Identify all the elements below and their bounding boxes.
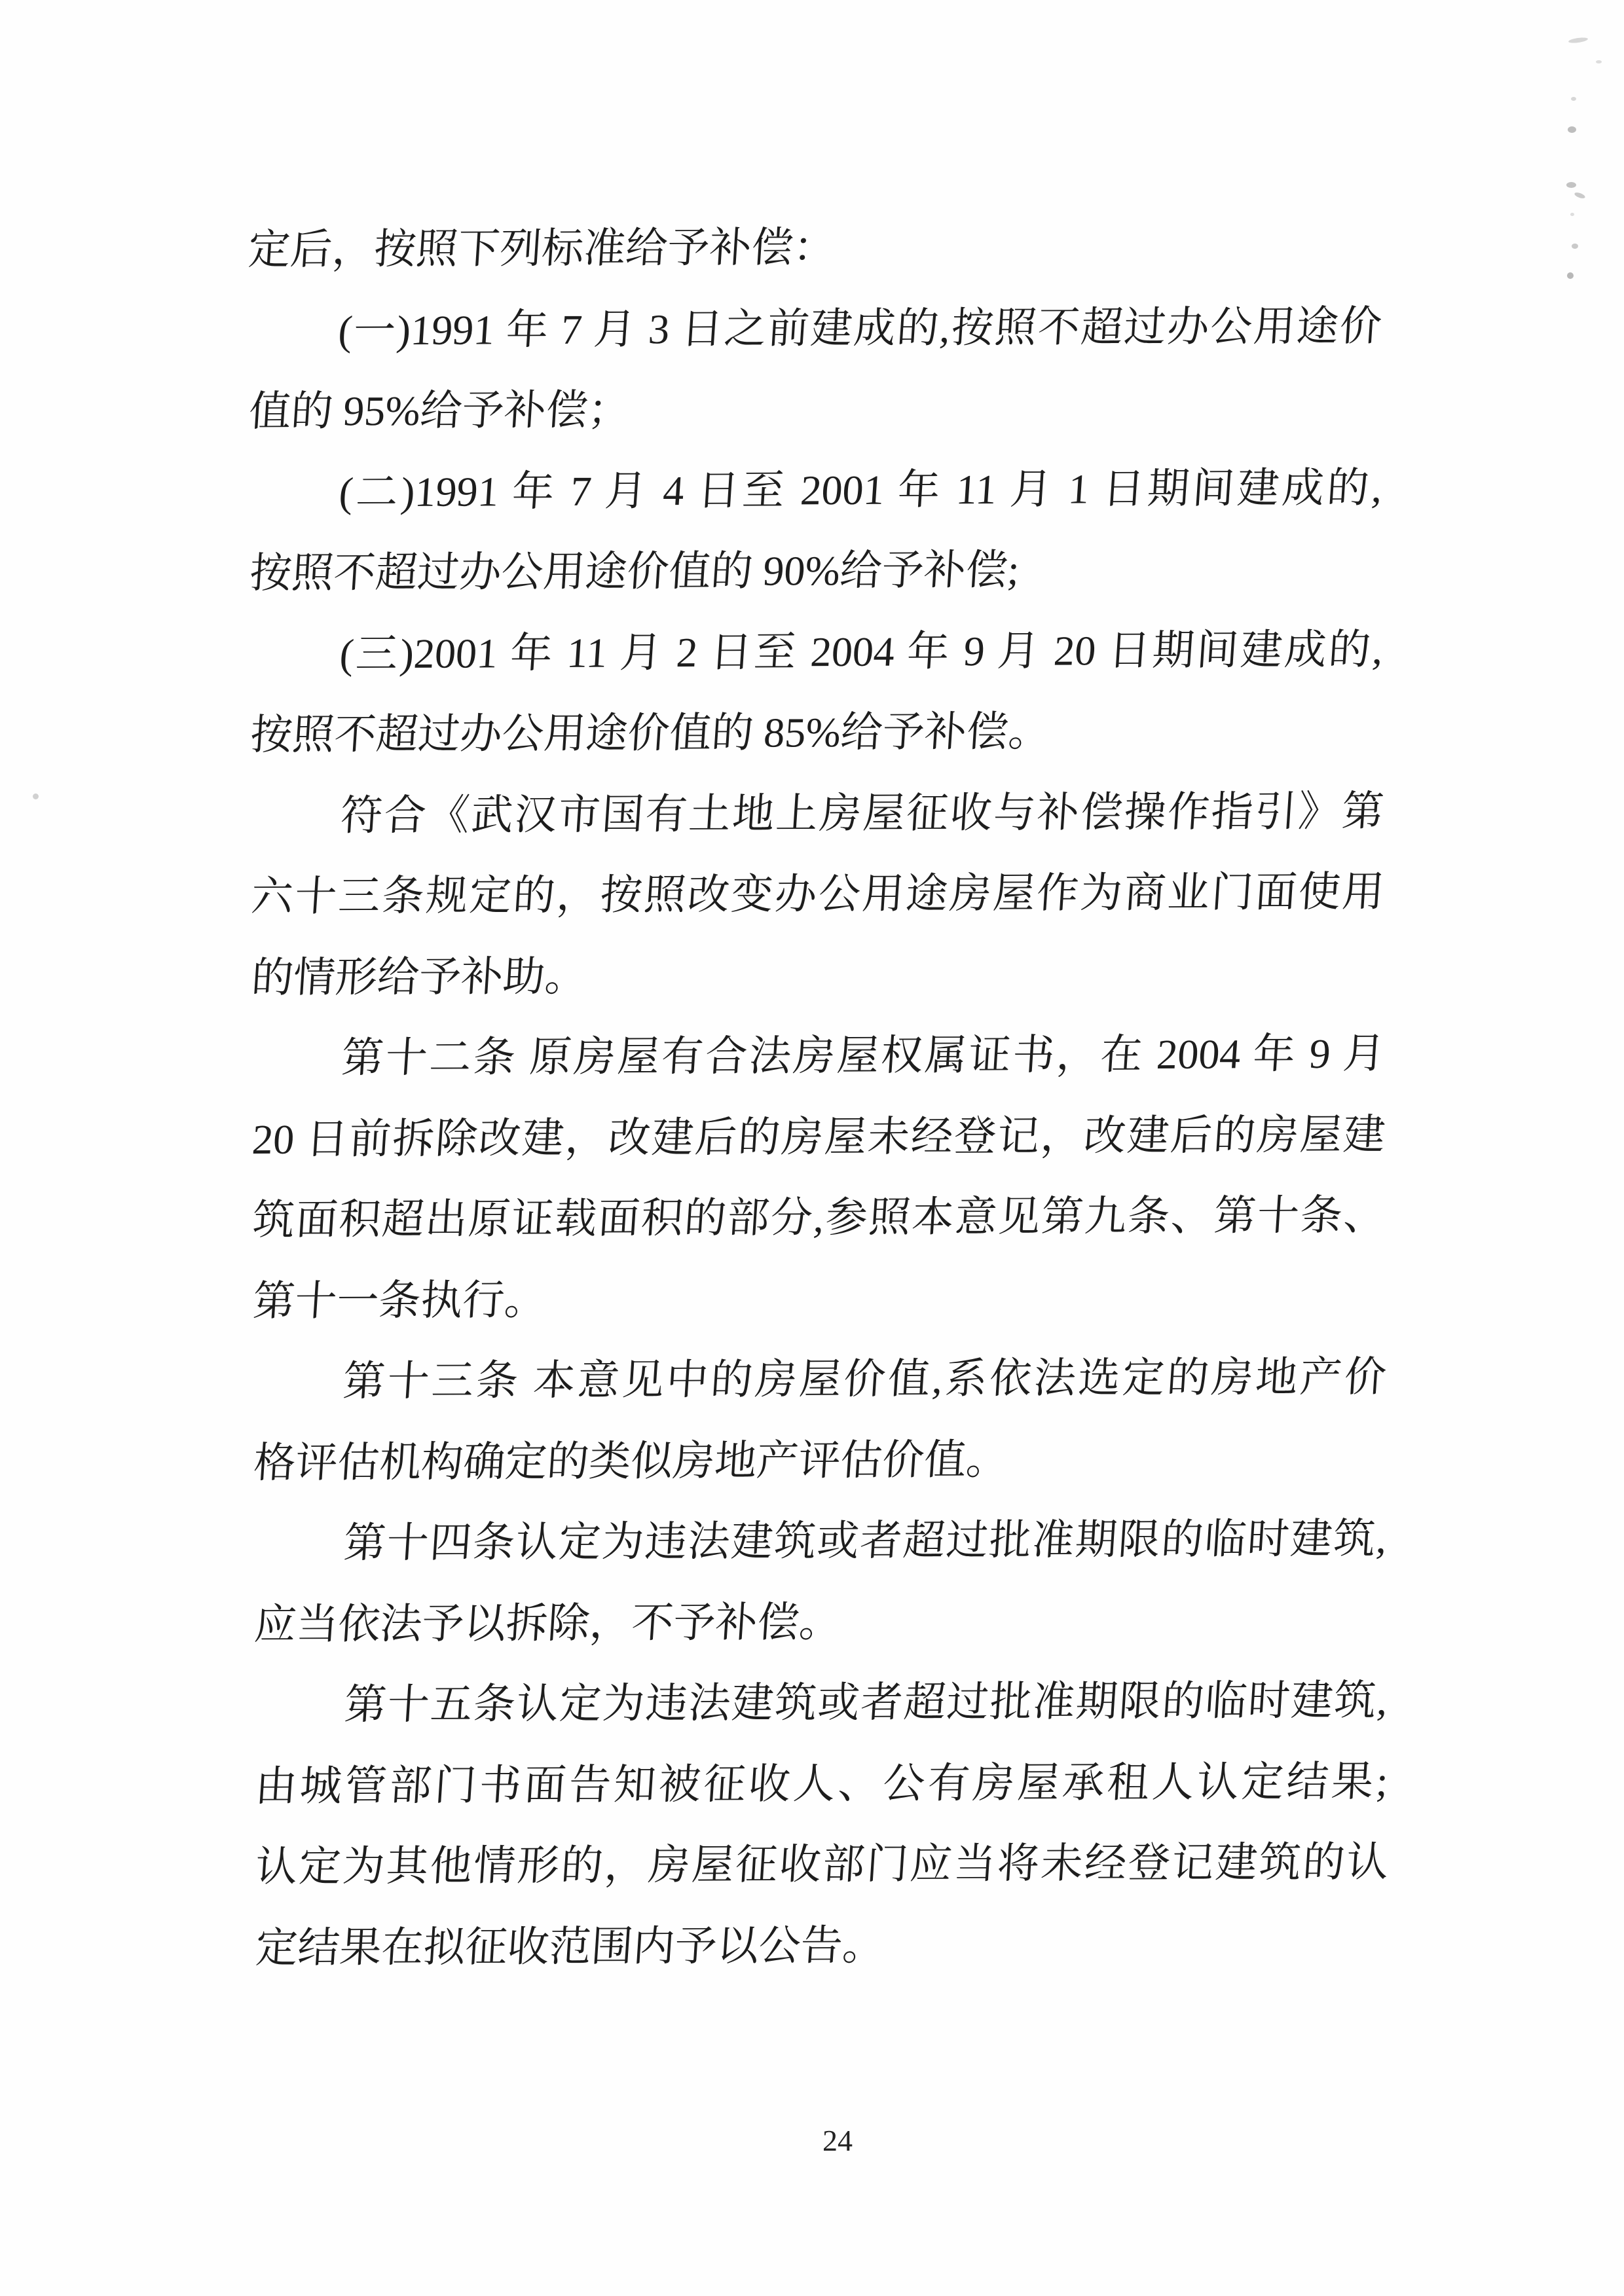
text-line: 按照不超过办公用途价值的 85%给予补偿。 (248, 689, 1386, 775)
text-line: (二)1991 年 7 月 4 日至 2001 年 11 月 1 日期间建成的, (247, 447, 1385, 533)
text-line: (三)2001 年 11 月 2 日至 2004 年 9 月 20 日期间建成的… (248, 609, 1386, 695)
text-line: 六十三条规定的，按照改变办公用途房屋作为商业门面使用 (249, 851, 1387, 937)
scan-speck (33, 793, 39, 799)
scan-speck (1596, 60, 1602, 64)
text-line: 认定为其他情形的，房屋征收部门应当将未经登记建筑的认 (253, 1821, 1391, 1907)
text-line: 符合《武汉市国有土地上房屋征收与补偿操作指引》第 (248, 771, 1386, 856)
text-line: 应当依法予以拆除，不予补偿。 (251, 1579, 1390, 1665)
text-line: (一)1991 年 7 月 3 日之前建成的,按照不超过办公用途价 (246, 285, 1384, 371)
scan-speck (1572, 244, 1578, 249)
text-line: 按照不超过办公用途价值的 90%给予补偿; (247, 528, 1385, 613)
text-line: 值的 95%给予补偿； (246, 366, 1384, 452)
text-line: 第十四条认定为违法建筑或者超过批准期限的临时建筑, (251, 1498, 1390, 1584)
text-block: 定后，按照下列标准给予补偿： (一)1991 年 7 月 3 日之前建成的,按照… (248, 204, 1389, 1988)
text-line: 20 日前拆除改建，改建后的房屋未经登记，改建后的房屋建 (249, 1094, 1388, 1180)
text-line: 第十二条 原房屋有合法房屋权属证书，在 2004 年 9 月 (249, 1013, 1388, 1099)
scan-speck (1574, 191, 1585, 199)
text-line: 格评估机构确定的类似房地产评估价值。 (251, 1417, 1389, 1503)
scan-speck (1567, 272, 1574, 279)
scan-speck (1568, 37, 1589, 44)
text-line: 由城管部门书面告知被征收人、公有房屋承租人认定结果; (253, 1741, 1391, 1827)
text-line: 第十三条 本意见中的房屋价值,系依法选定的房地产价 (251, 1336, 1389, 1422)
scan-speck (1570, 213, 1574, 216)
scan-speck (1568, 126, 1576, 133)
scan-speck (1566, 182, 1576, 188)
document-page: 定后，按照下列标准给予补偿： (一)1991 年 7 月 3 日之前建成的,按照… (0, 0, 1624, 2296)
text-line: 第十一条执行。 (250, 1256, 1388, 1341)
text-line: 定后，按照下列标准给予补偿： (246, 204, 1384, 290)
text-line: 第十五条认定为违法建筑或者超过批准期限的临时建筑, (252, 1660, 1390, 1745)
text-line: 的情形给予补助。 (249, 932, 1387, 1018)
text-line: 定结果在拟征收范围内予以公告。 (253, 1903, 1392, 1988)
text-line: 筑面积超出原证载面积的部分,参照本意见第九条、第十条、 (250, 1175, 1388, 1260)
page-number: 24 (0, 2123, 1624, 2158)
scan-speck (1571, 97, 1576, 101)
